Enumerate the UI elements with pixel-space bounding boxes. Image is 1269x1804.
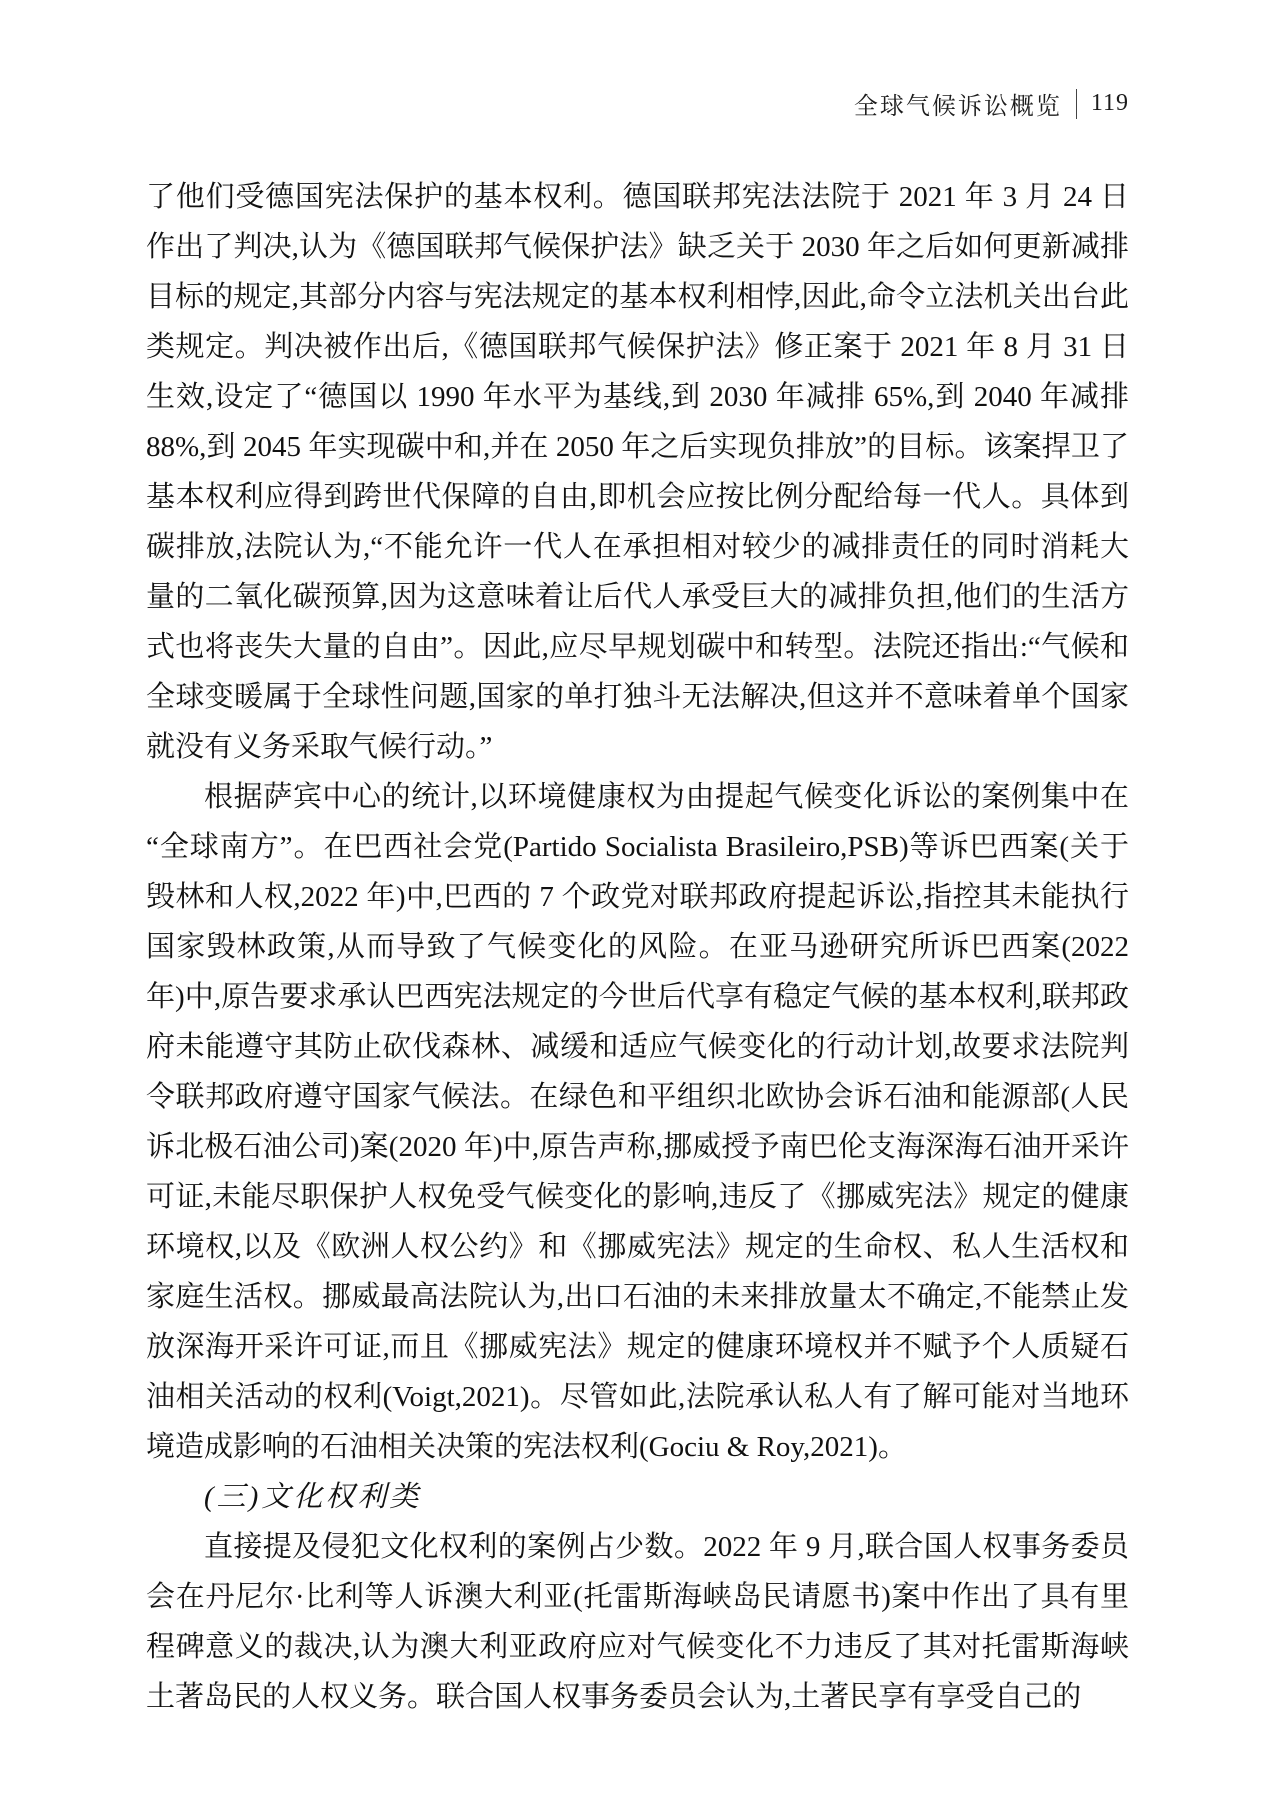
section-heading-cultural-rights: (三)文化权利类	[146, 1472, 1129, 1522]
header-divider	[1076, 89, 1077, 119]
book-page: 全球气候诉讼概览 119 了他们受德国宪法保护的基本权利。德国联邦宪法法院于 2…	[0, 0, 1269, 1804]
paragraph-global-south-cases: 根据萨宾中心的统计,以环境健康权为由提起气候变化诉讼的案例集中在“全球南方”。在…	[146, 772, 1129, 1472]
paragraph-cultural-rights: 直接提及侵犯文化权利的案例占少数。2022 年 9 月,联合国人权事务委员会在丹…	[146, 1522, 1129, 1722]
paragraph-german-case: 了他们受德国宪法保护的基本权利。德国联邦宪法法院于 2021 年 3 月 24 …	[146, 172, 1129, 772]
main-content: 了他们受德国宪法保护的基本权利。德国联邦宪法法院于 2021 年 3 月 24 …	[146, 172, 1129, 1722]
running-title: 全球气候诉讼概览	[854, 86, 1062, 121]
page-number: 119	[1091, 90, 1129, 117]
page-header: 全球气候诉讼概览 119	[854, 86, 1129, 121]
